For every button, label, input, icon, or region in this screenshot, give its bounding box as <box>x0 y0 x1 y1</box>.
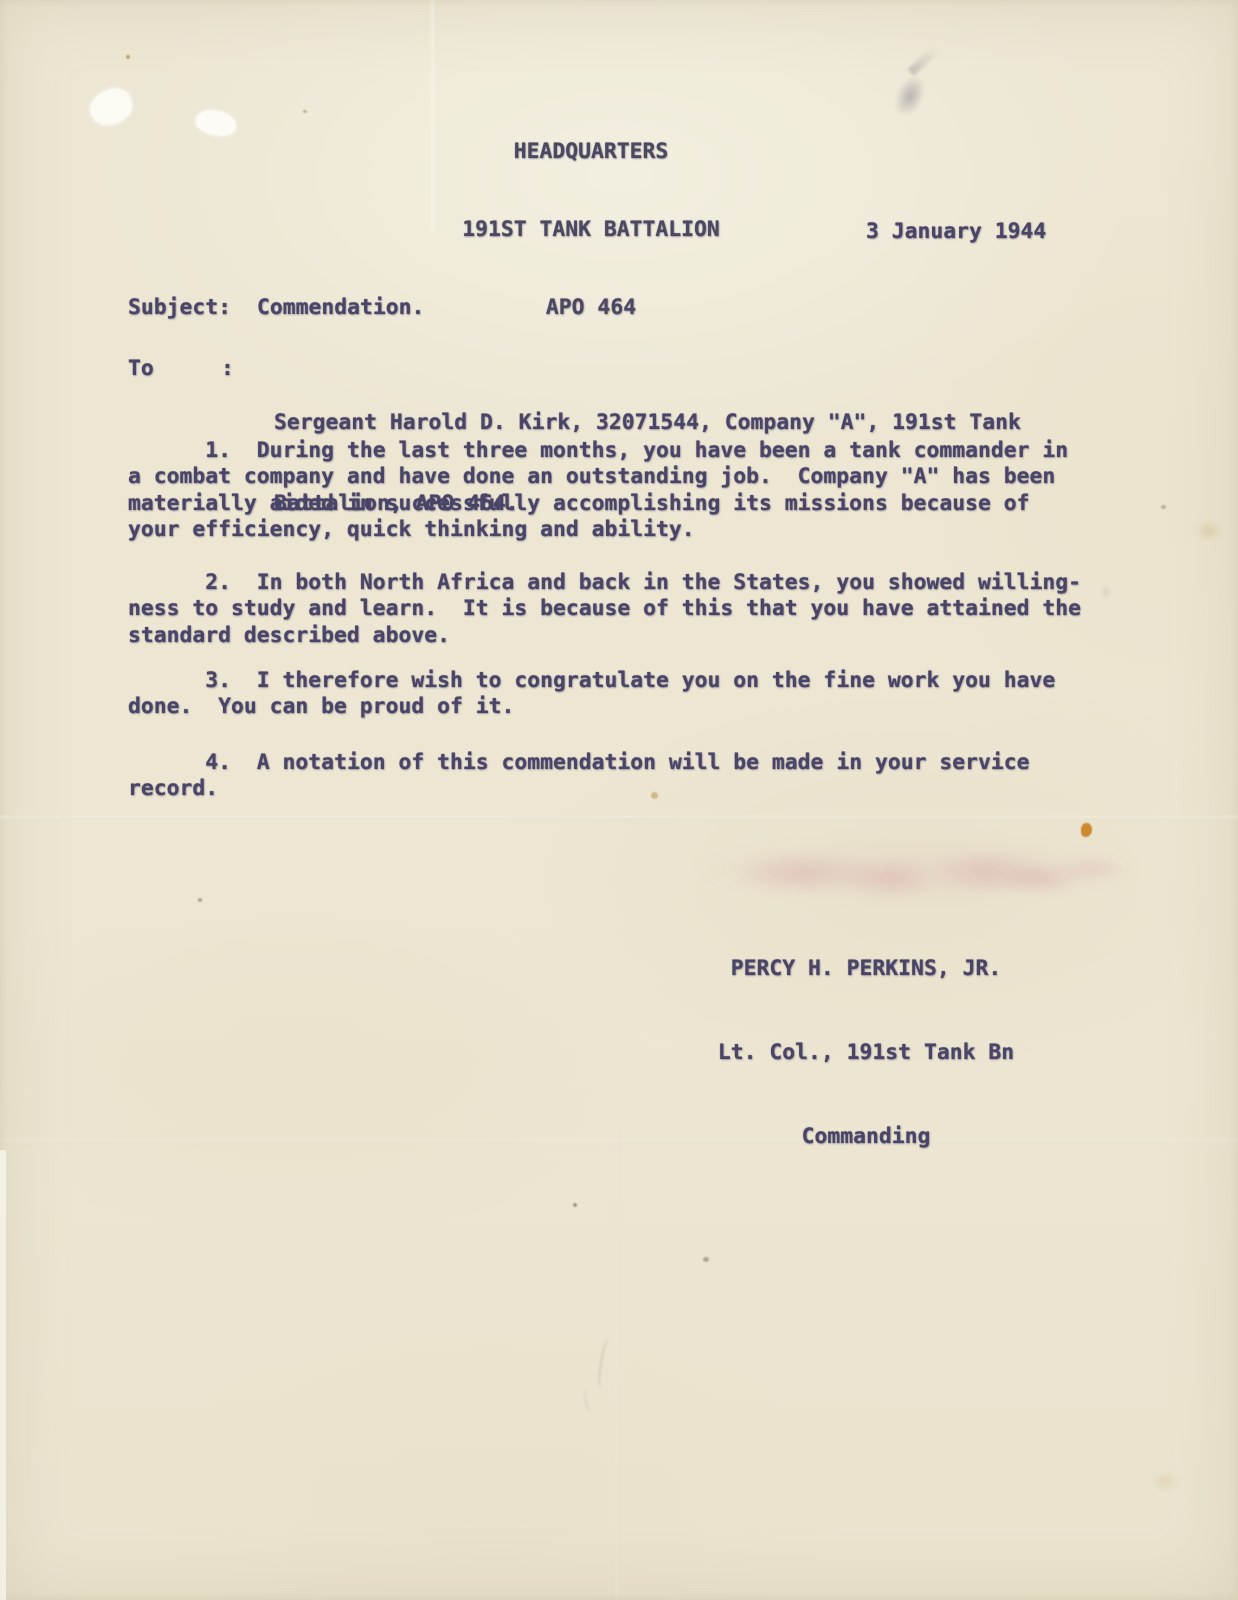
signature-block: PERCY H. PERKINS, JR. Lt. Col., 191st Ta… <box>716 899 1016 1207</box>
pencil-mark <box>596 1337 620 1391</box>
ink-smudge <box>888 70 932 122</box>
age-stain <box>1196 520 1222 542</box>
letterhead-headquarters: HEADQUARTERS <box>461 139 721 165</box>
signature-role: Commanding <box>716 1123 1016 1151</box>
bleed-through-stain <box>1058 854 1130 884</box>
signature-name: PERCY H. PERKINS, JR. <box>716 955 1016 983</box>
signature-title: Lt. Col., 191st Tank Bn <box>716 1039 1016 1067</box>
to-label: To <box>128 355 154 382</box>
paper-speck <box>126 55 130 59</box>
to-colon: : <box>221 355 234 382</box>
bleed-through-stain <box>843 859 939 899</box>
fold-crease <box>616 1128 619 1600</box>
paper-speck <box>198 898 202 902</box>
paper-damage-spot <box>195 108 238 137</box>
fold-crease <box>0 1139 1238 1143</box>
fold-crease <box>0 816 1238 820</box>
letterhead-apo: APO 464 <box>461 295 721 321</box>
pencil-mark <box>582 1387 599 1415</box>
bleed-through-stain <box>928 849 1046 895</box>
paper-damage-spot <box>86 85 135 129</box>
rust-speck <box>1081 823 1092 837</box>
paper-speck <box>573 1203 577 1207</box>
letterhead-unit: 191ST TANK BATTALION <box>461 217 721 243</box>
bleed-through-stain <box>998 861 1084 895</box>
paper-edge <box>0 1150 6 1600</box>
letterhead: HEADQUARTERS 191ST TANK BATTALION APO 46… <box>461 87 721 373</box>
paragraph-2: 2. In both North Africa and back in the … <box>128 570 1132 649</box>
to-value-line: Sergeant Harold D. Kirk, 32071544, Compa… <box>274 409 1021 436</box>
paper-speck <box>703 1257 709 1262</box>
age-stain <box>1150 1470 1180 1492</box>
paragraph-3: 3. I therefore wish to congratulate you … <box>128 668 1132 721</box>
paragraph-1: 1. During the last three months, you hav… <box>128 438 1132 543</box>
subject-label: Subject: <box>128 295 257 321</box>
paper-speck <box>303 110 307 113</box>
bleed-through-stain <box>700 838 1130 902</box>
subject-value: Commendation. <box>257 295 424 320</box>
ink-smudge <box>908 45 941 76</box>
date-line: 3 January 1944 <box>866 219 1046 245</box>
fold-crease <box>431 0 434 232</box>
subject-line: Subject:Commendation. <box>128 295 424 321</box>
bleed-through-stain <box>728 851 880 895</box>
paper-speck <box>1161 505 1166 509</box>
scanned-letter-page: HEADQUARTERS 191ST TANK BATTALION APO 46… <box>0 0 1238 1600</box>
to-block: To : Sergeant Harold D. Kirk, 32071544, … <box>128 355 1128 415</box>
paragraph-4: 4. A notation of this commendation will … <box>128 750 1132 803</box>
